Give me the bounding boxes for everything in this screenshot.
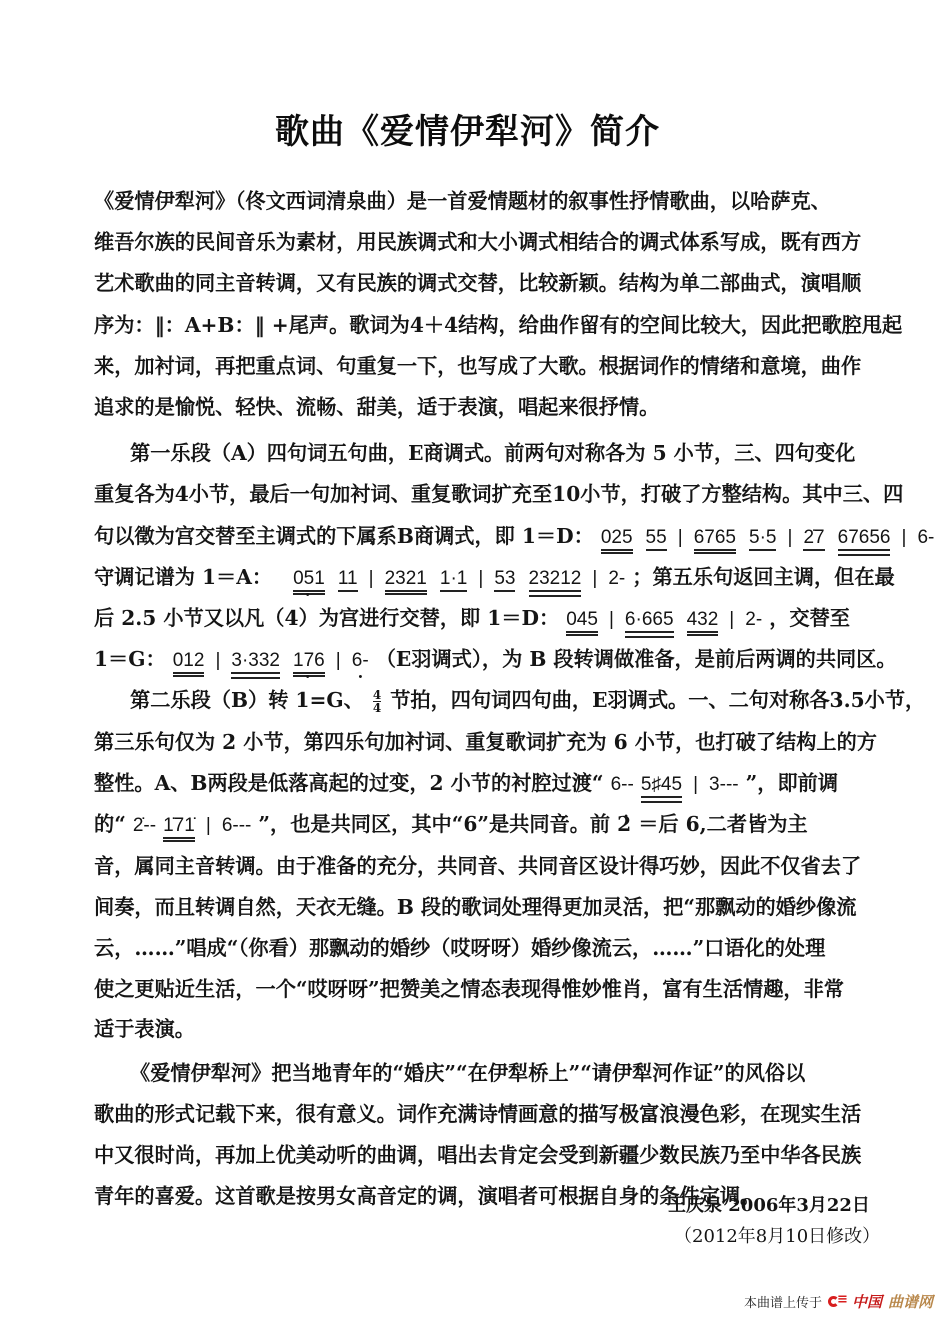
text-line: 间奏，而且转调自然，天衣无缝。B 段的歌词处理得更加灵活，把“那飘动的婚纱像流 bbox=[94, 892, 894, 922]
text-line: 第一乐段（A）四句词五句曲，E商调式。前两句对称各为 5 小节，三、四句变化 bbox=[130, 438, 930, 468]
upload-watermark: 本曲谱上传于 中国曲谱网 bbox=[744, 1291, 933, 1312]
revision-note: （2012年8月10日修改） bbox=[674, 1224, 880, 1250]
text-line: 音，属同主音转调。由于准备的充分，共同音、共同音区设计得巧妙，因此不仅省去了 bbox=[94, 851, 894, 881]
notation-group: 5·5 bbox=[749, 527, 776, 551]
text-line-with-notation: 整性。A、B两段是低落高起的过变，2 小节的衬腔过渡“ 6-- 5♯45 | 3… bbox=[94, 768, 894, 798]
text-line: 《爱情伊犁河》把当地青年的“婚庆”“在伊犁桥上”“请伊犁河作证”的风俗以 bbox=[130, 1058, 930, 1088]
text-line: 《爱情伊犁河》（佟文西词清泉曲）是一首爱情题材的叙事性抒情歌曲，以哈萨克、 bbox=[94, 186, 894, 216]
notation-group: 045 bbox=[566, 609, 598, 636]
author-signature: 王庆泉 2006年3月22日 bbox=[668, 1193, 870, 1219]
time-signature-denominator: 4 bbox=[373, 702, 381, 714]
text-segment: ；第五乐句返回主调，但在最 bbox=[632, 565, 894, 589]
site-logo-icon bbox=[828, 1295, 846, 1309]
barline: | bbox=[609, 605, 614, 635]
text-line: 来，加衬词，再把重点词、句重复一下，也写成了大歌。根据词作的情绪和意境，曲作 bbox=[94, 351, 894, 381]
text-segment: 第二乐段（B）转 1=G、 bbox=[130, 688, 364, 712]
notation-group: 2321 bbox=[385, 568, 427, 595]
text-line: 适于表演。 bbox=[94, 1014, 894, 1044]
notation-group: 53 bbox=[494, 568, 515, 592]
text-segment: 守调记谱为 1＝A： bbox=[94, 565, 272, 589]
text-line: 艺术歌曲的同主音转调，又有民族的调式交替，比较新颖。结构为单二部曲式，演唱顺 bbox=[94, 268, 894, 298]
time-signature: 4 4 bbox=[373, 689, 381, 714]
notation-group: 1·1 bbox=[440, 568, 467, 592]
text-line-with-time-signature: 第二乐段（B）转 1=G、 4 4 节拍，四句词四句曲，E羽调式。一、二句对称各… bbox=[130, 685, 930, 715]
notation-group: 6--- bbox=[222, 811, 252, 841]
notation-group: 3·332 bbox=[231, 650, 280, 679]
notation-group: 2̇-- bbox=[133, 811, 156, 841]
logo-text-china: 中国 bbox=[852, 1291, 882, 1312]
text-line-with-notation: 守调记谱为 1＝A： 051 11 | 2321 1·1 | 53 23212 … bbox=[94, 562, 894, 592]
notation-group: 6·665 bbox=[625, 609, 674, 638]
text-line: 第三乐句仅为 2 小节，第四乐句加衬词、重复歌词扩充为 6 小节，也打破了结构上… bbox=[94, 727, 894, 757]
notation-group: 025 bbox=[601, 527, 633, 554]
notation-group: 012 bbox=[173, 650, 205, 677]
text-line: 追求的是愉悦、轻快、流畅、甜美，适于表演，唱起来很抒情。 bbox=[94, 392, 894, 422]
logo-text-qupu: 曲谱网 bbox=[888, 1291, 933, 1312]
text-segment: 句以徵为宫交替至主调式的下属系B商调式，即 1＝D： bbox=[94, 524, 594, 548]
barline: | bbox=[678, 523, 683, 553]
text-line-with-notation: 1＝G： 012 | 3·332 176 | 6- （E羽调式），为 B 段转调… bbox=[94, 644, 894, 674]
page-title: 歌曲《爱情伊犁河》简介 bbox=[0, 104, 935, 153]
barline: | bbox=[592, 564, 597, 594]
text-line: 使之更贴近生活，一个“哎呀呀”把赞美之情态表现得惟妙惟肖，富有生活情趣，非常 bbox=[94, 974, 894, 1004]
text-line: 歌曲的形式记载下来，很有意义。词作充满诗情画意的描写极富浪漫色彩，在现实生活 bbox=[94, 1099, 894, 1129]
barline: | bbox=[206, 811, 211, 841]
notation-group: 432 bbox=[687, 609, 719, 636]
text-segment: ，交替至 bbox=[769, 606, 850, 630]
text-segment: 整性。A、B两段是低落高起的过变，2 小节的衬腔过渡“ bbox=[94, 771, 604, 795]
barline: | bbox=[693, 770, 698, 800]
text-segment: （E羽调式），为 B 段转调做准备，是前后两调的共同区。 bbox=[376, 647, 897, 671]
notation-group: 6765 bbox=[694, 527, 736, 554]
notation-group: 5♯45 bbox=[641, 774, 682, 803]
text-line: 重复各为4小节，最后一句加衬词、重复歌词扩充至10小节，打破了方整结构。其中三、… bbox=[94, 479, 894, 509]
text-line: 云，……”唱成“（你看）那飘动的婚纱（哎呀呀）婚纱像流云，……”口语化的处理 bbox=[94, 933, 894, 963]
notation-group: 55 bbox=[646, 527, 667, 551]
text-segment: 1＝G： bbox=[94, 647, 166, 671]
notation-group: 6-, bbox=[917, 523, 935, 553]
barline: | bbox=[336, 646, 341, 676]
text-segment: ”，即前调 bbox=[746, 771, 838, 795]
notation-group: 1̇71̇ bbox=[163, 815, 195, 842]
notation-group: 6- bbox=[352, 646, 369, 676]
notation-group: 67656 bbox=[838, 527, 891, 556]
text-segment: 后 2.5 小节又以凡（4）为宫进行交替，即 1＝D： bbox=[94, 606, 559, 630]
barline: | bbox=[215, 646, 220, 676]
barline: | bbox=[369, 564, 374, 594]
barline: | bbox=[729, 605, 734, 635]
barline: | bbox=[478, 564, 483, 594]
barline: | bbox=[788, 523, 793, 553]
watermark-text: 本曲谱上传于 bbox=[744, 1292, 822, 1311]
notation-group: 23212 bbox=[529, 568, 582, 597]
text-line: 序为：‖：A+B：‖ +尾声。歌词为4＋4结构，给曲作留有的空间比较大，因此把歌… bbox=[94, 310, 894, 340]
notation-group: 051 bbox=[293, 568, 325, 595]
text-line: 中又很时尚，再加上优美动听的曲调，唱出去肯定会受到新疆少数民族乃至中华各民族 bbox=[94, 1140, 894, 1170]
notation-group: 2̇7 bbox=[803, 527, 824, 551]
text-line: 维吾尔族的民间音乐为素材，用民族调式和大小调式相结合的调式体系写成，既有西方 bbox=[94, 227, 894, 257]
notation-group: 3--- bbox=[709, 770, 739, 800]
text-line-with-notation: 后 2.5 小节又以凡（4）为宫进行交替，即 1＝D： 045 | 6·665 … bbox=[94, 603, 894, 633]
text-segment: 的“ bbox=[94, 812, 126, 836]
notation-group: 11 bbox=[338, 568, 358, 592]
text-line-with-notation: 的“ 2̇-- 1̇71̇ | 6--- ”，也是共同区，其中“6”是共同音。前… bbox=[94, 809, 894, 839]
notation-group: 2- bbox=[608, 564, 625, 594]
notation-group: 6-- bbox=[611, 770, 634, 800]
barline: | bbox=[902, 523, 907, 553]
notation-group: 176 bbox=[293, 650, 325, 677]
text-line-with-notation: 句以徵为宫交替至主调式的下属系B商调式，即 1＝D： 025 55 | 6765… bbox=[94, 521, 894, 551]
text-segment: 节拍，四句词四句曲，E羽调式。一、二句对称各3.5小节， bbox=[390, 688, 925, 712]
notation-group: 2- bbox=[745, 605, 762, 635]
text-segment: ”，也是共同区，其中“6”是共同音。前 2̇ ＝后 6,二者皆为主 bbox=[258, 812, 807, 836]
